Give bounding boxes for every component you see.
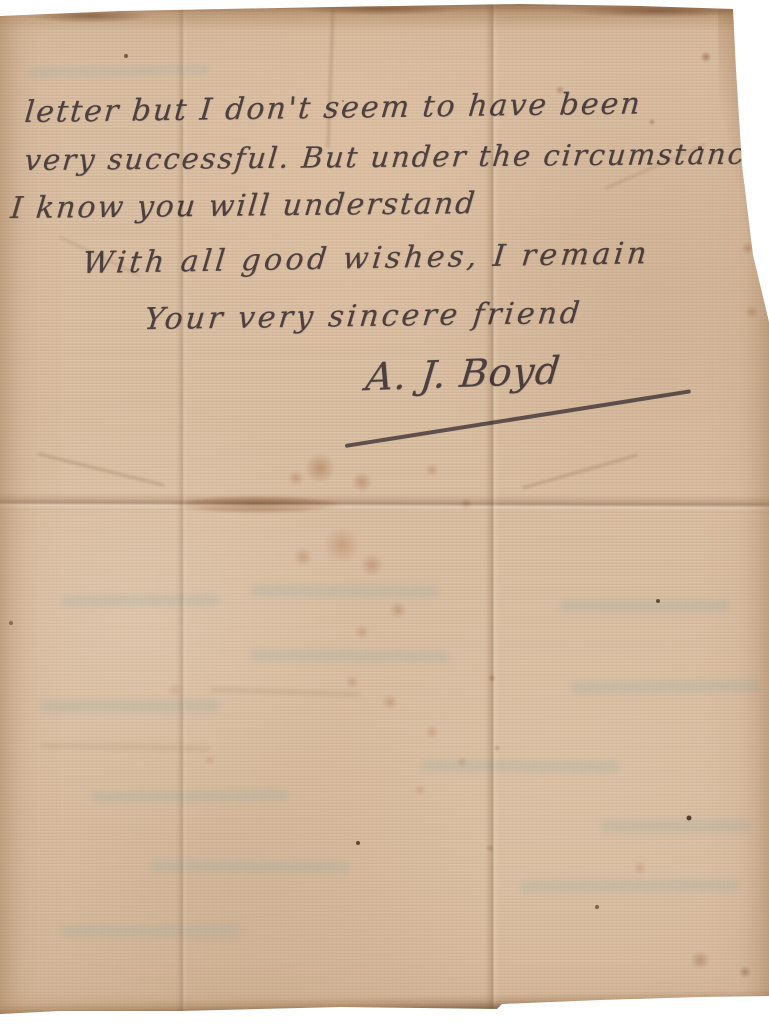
horizontal-fold-crease	[0, 493, 769, 516]
valediction-line: Your very sincere friend	[143, 299, 584, 335]
handwritten-line-3: I know you will understand	[9, 189, 478, 224]
handwritten-line-1: letter but I don't seem to have been	[23, 89, 643, 128]
letter-paper: letter but I don't seem to have been ver…	[0, 0, 769, 1024]
handwritten-line-2: very successful. But under the circumsta…	[23, 139, 769, 175]
ink-specks	[0, 0, 2, 2]
top-edge-discoloration	[0, 0, 769, 34]
signature: A. J. Boyd	[364, 351, 563, 396]
right-edge-shadow	[718, 0, 769, 345]
scanned-letter-page: letter but I don't seem to have been ver…	[0, 0, 769, 1024]
